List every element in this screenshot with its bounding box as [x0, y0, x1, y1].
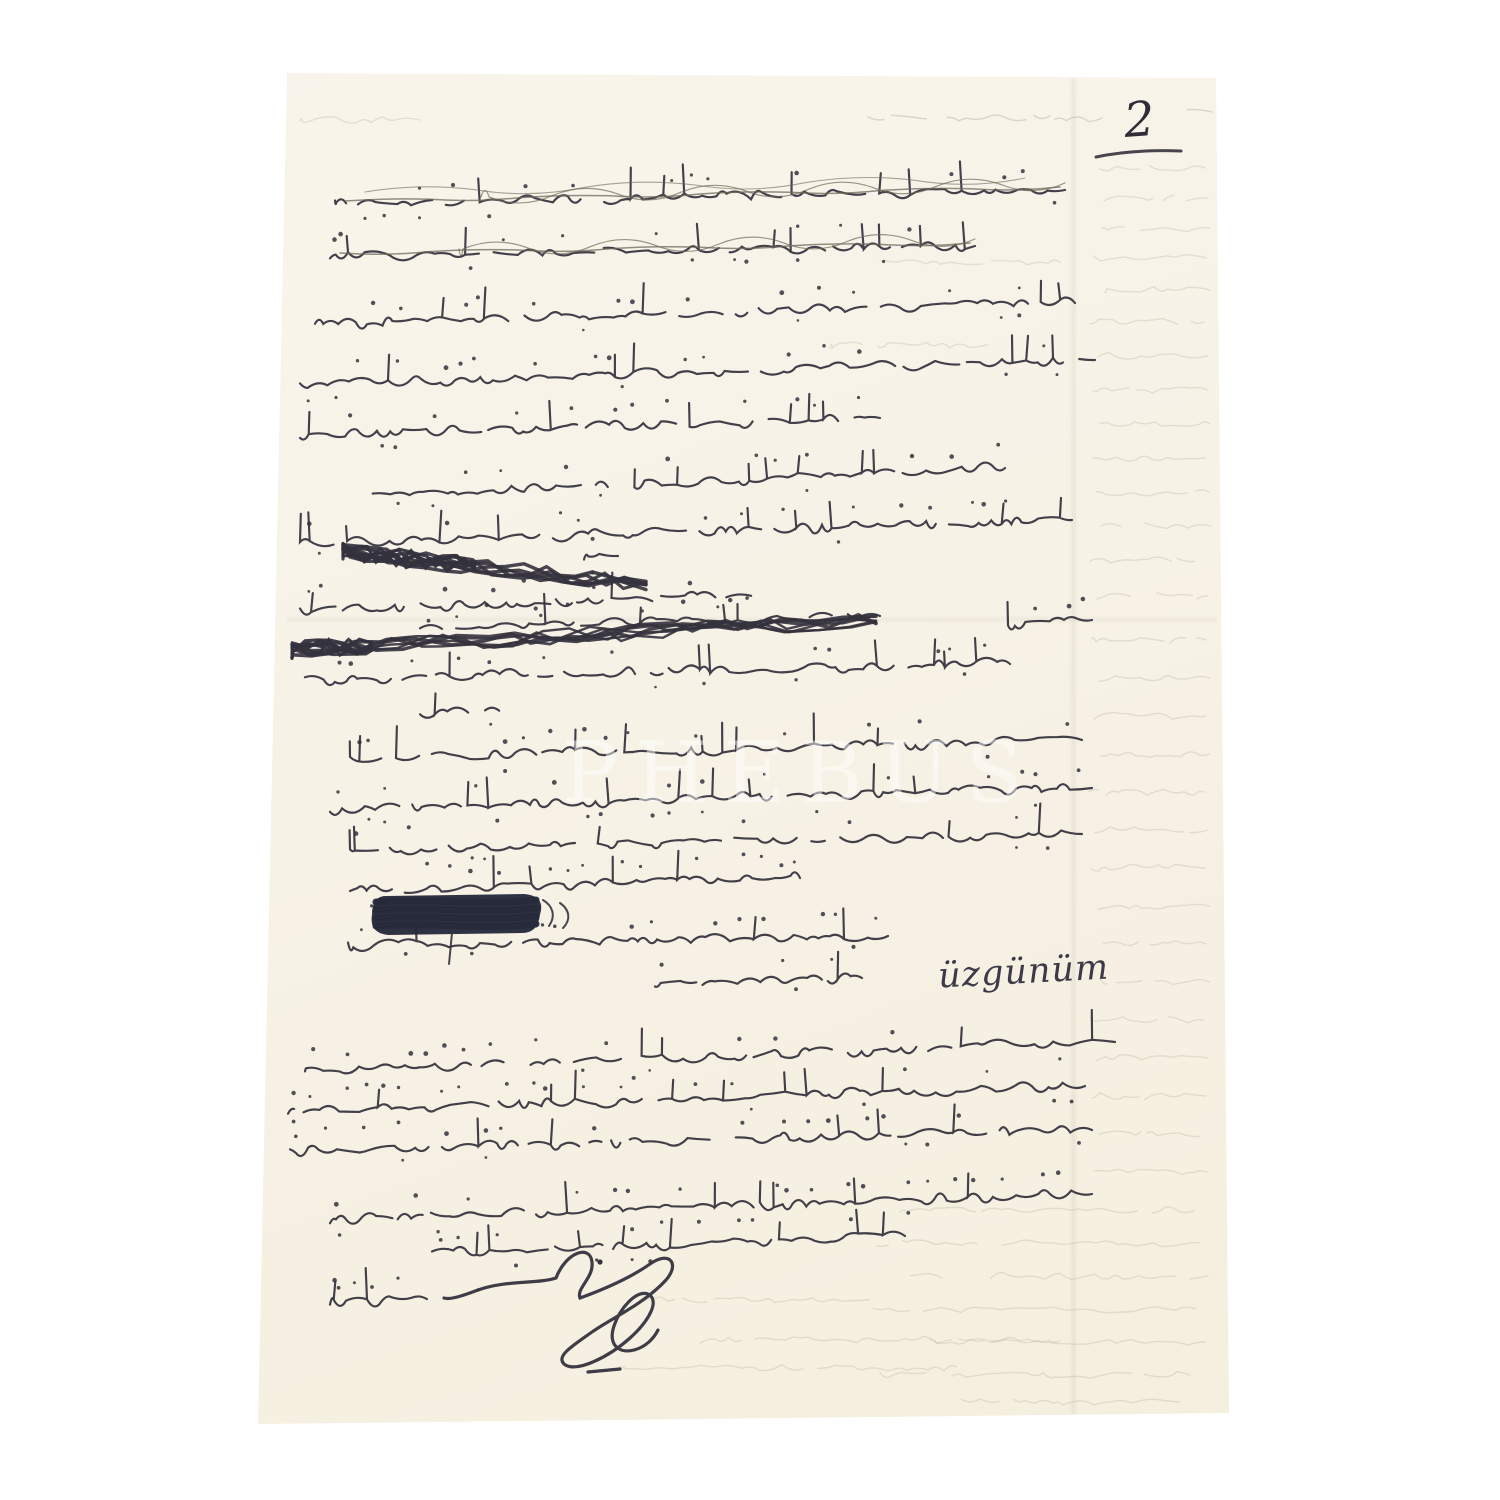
- fold-crease-vertical: [1072, 78, 1075, 1415]
- photo-canvas: 2 üzgünüm PHEBUS: [0, 0, 1500, 1500]
- manuscript-paper: [0, 0, 1500, 1500]
- paper-edge-shading: [0, 0, 1500, 1500]
- page-number: 2: [1122, 91, 1156, 149]
- fold-crease-horizontal: [287, 618, 1216, 621]
